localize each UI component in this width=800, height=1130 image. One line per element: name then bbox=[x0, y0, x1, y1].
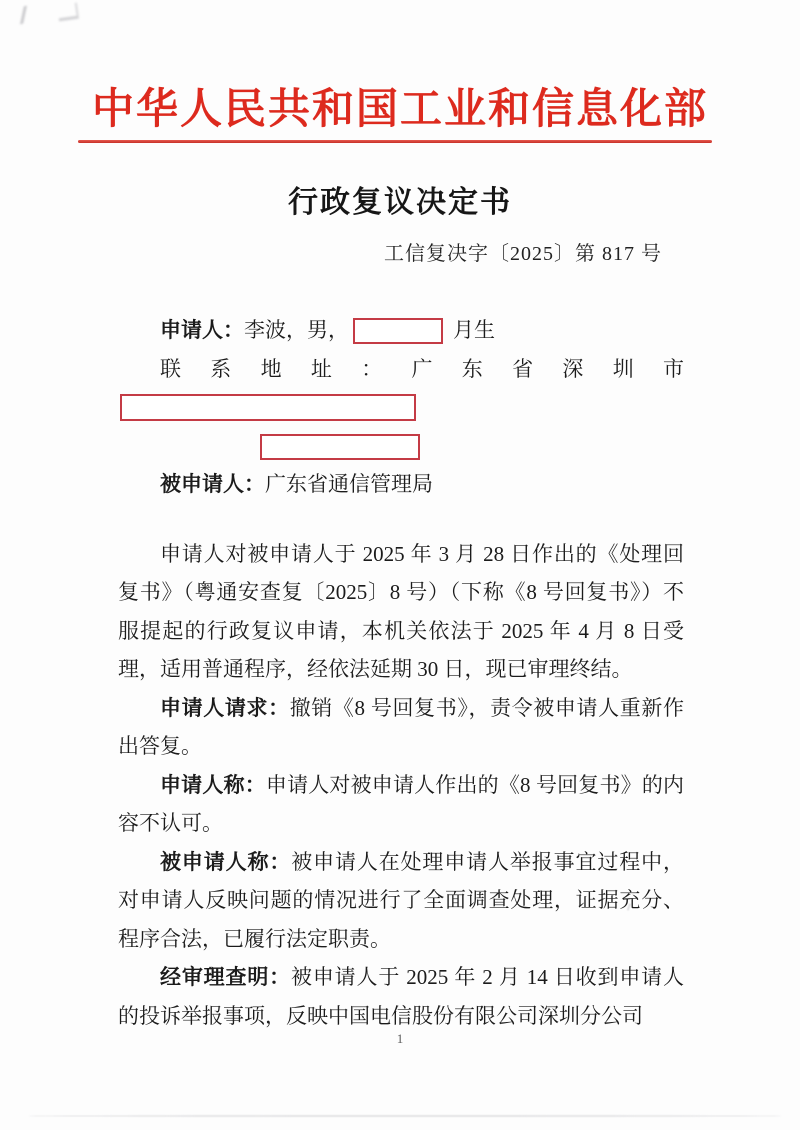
respondent-label: 被申请人： bbox=[160, 472, 265, 496]
contact-address-line: 联系地址：广东省深圳市 bbox=[118, 350, 684, 427]
section-label: 申请人称： bbox=[160, 773, 266, 797]
respondent-line: 被申请人：广东省通信管理局 bbox=[118, 465, 684, 504]
paragraph-text: 申请人对被申请人于 2025 年 3 月 28 日作出的《处理回复书》（粤通安查… bbox=[118, 542, 684, 682]
redaction-box-birthdate bbox=[353, 318, 443, 344]
applicant-label: 申请人： bbox=[160, 318, 244, 342]
redaction-box-address-continued bbox=[260, 434, 420, 460]
address-text: 广东省深圳市 bbox=[412, 357, 685, 381]
letterhead-divider-line bbox=[78, 140, 712, 143]
issuing-authority-letterhead: 中华人民共和国工业和信息化部 bbox=[0, 76, 800, 136]
paragraph-applicant-request: 申请人请求：撤销《8 号回复书》，责令被申请人重新作出答复。 bbox=[118, 689, 684, 766]
contact-address-continuation-line bbox=[118, 427, 684, 466]
page-number: 1 bbox=[0, 1031, 800, 1047]
document-page: 中华人民共和国工业和信息化部 行政复议决定书 工信复决字〔2025〕第 817 … bbox=[0, 0, 800, 1130]
document-title: 行政复议决定书 bbox=[0, 177, 800, 221]
address-label: 联系地址： bbox=[160, 357, 412, 381]
respondent-name: 广东省通信管理局 bbox=[265, 472, 433, 496]
document-reference-number: 工信复决字〔2025〕第 817 号 bbox=[384, 237, 662, 266]
scan-artifact-mark bbox=[20, 6, 34, 24]
applicant-details-suffix: 月生 bbox=[453, 318, 495, 342]
paragraph-respondent-claim: 被申请人称：被申请人在处理申请人举报事宜过程中，对申请人反映问题的情况进行了全面… bbox=[118, 843, 684, 959]
applicant-details: 李波，男， bbox=[244, 318, 349, 342]
scan-artifact-mark bbox=[57, 3, 79, 22]
document-body: 申请人：李波，男，月生 联系地址：广东省深圳市 被申请人：广东省通信管理局 申请… bbox=[118, 311, 684, 1035]
section-label: 被申请人称： bbox=[160, 850, 291, 874]
applicant-line: 申请人：李波，男，月生 bbox=[118, 311, 684, 350]
section-label: 经审理查明： bbox=[160, 965, 291, 989]
paragraph-case-summary: 申请人对被申请人于 2025 年 3 月 28 日作出的《处理回复书》（粤通安查… bbox=[118, 535, 684, 689]
paragraph-findings: 经审理查明：被申请人于 2025 年 2 月 14 日收到申请人的投诉举报事项，… bbox=[118, 958, 684, 1035]
scan-page-edge-shadow bbox=[28, 1115, 782, 1117]
paragraph-applicant-claim: 申请人称：申请人对被申请人作出的《8 号回复书》的内容不认可。 bbox=[118, 766, 684, 843]
section-label: 申请人请求： bbox=[160, 696, 290, 720]
redaction-box-address bbox=[120, 394, 416, 421]
